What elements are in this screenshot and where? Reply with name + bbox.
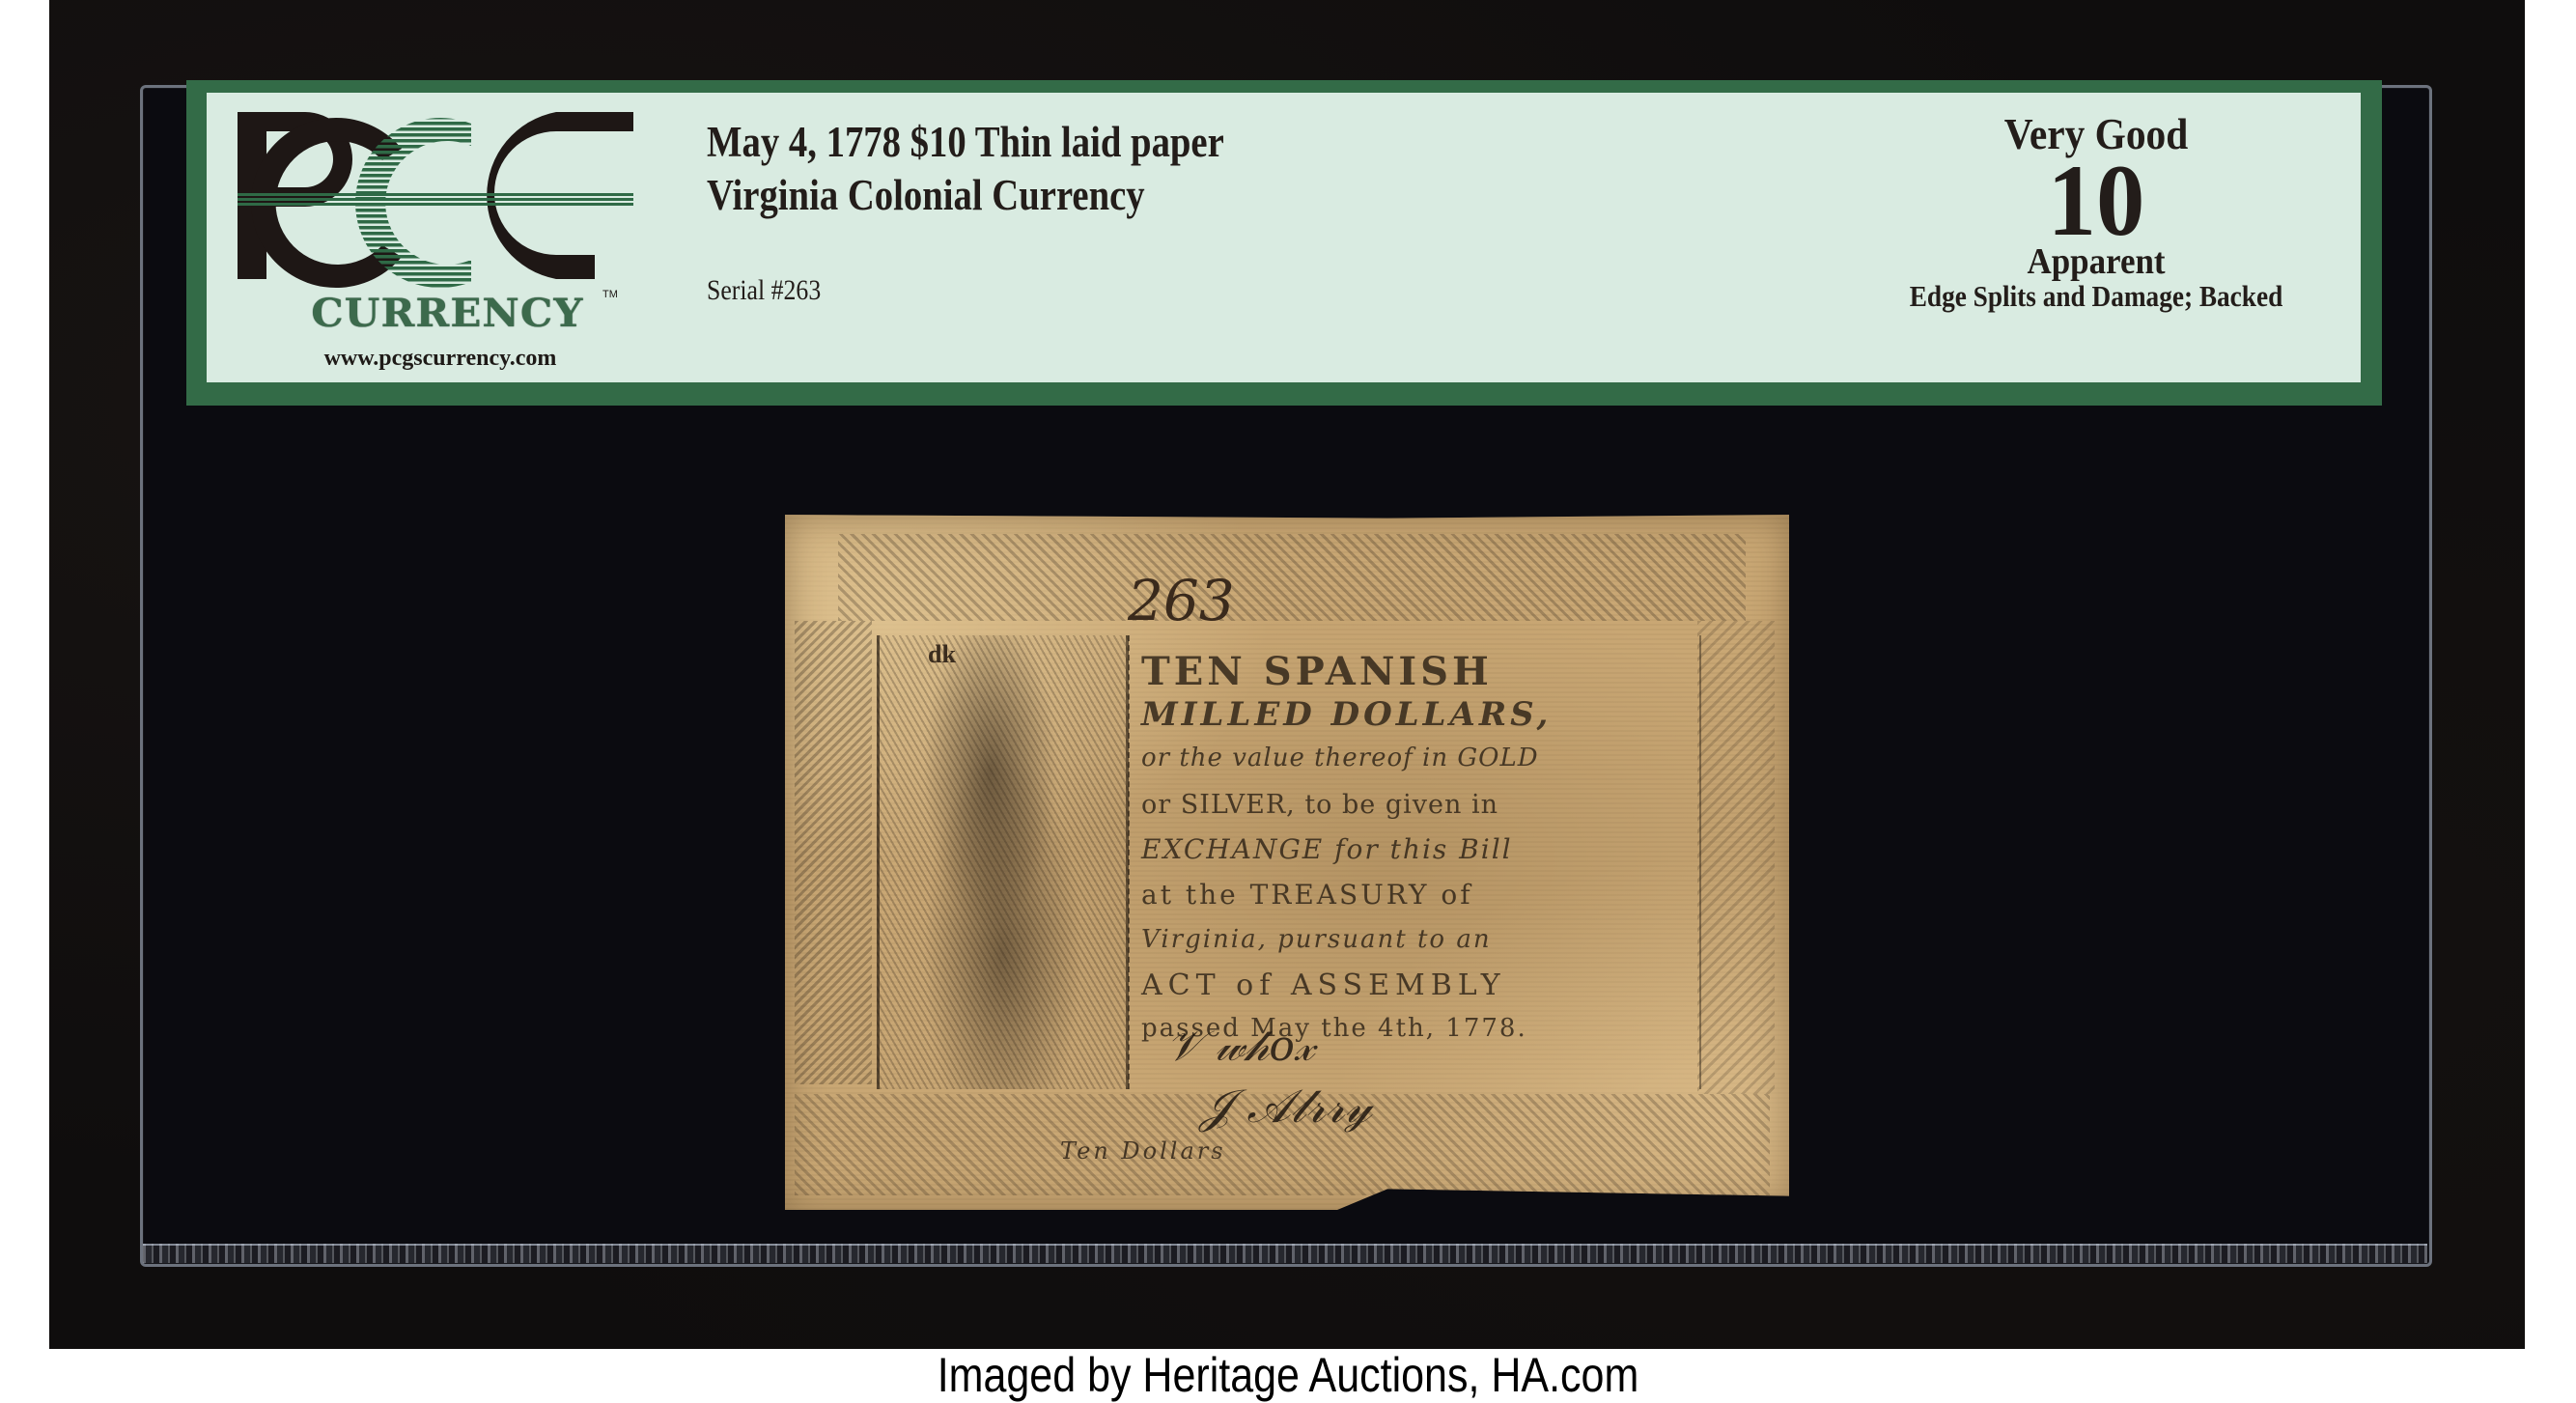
grade-number: 10 bbox=[1894, 158, 2298, 243]
plate-letter: dk bbox=[928, 640, 956, 669]
holder-bottom-edge bbox=[143, 1244, 2427, 1263]
serial-number: Serial #263 bbox=[707, 274, 821, 307]
note-subtitle: Virginia Colonial Currency bbox=[707, 170, 1145, 220]
note-text-line: Virginia, pursuant to an bbox=[1141, 925, 1701, 954]
grade-block: Very Good 10 Apparent Edge Splits and Da… bbox=[1884, 110, 2309, 313]
grading-label: TM CURRENCY www.pcgscurrency.com May 4, … bbox=[186, 80, 2382, 406]
note-text-line: at the TREASURY of bbox=[1141, 879, 1701, 911]
note-ornament-right bbox=[1697, 621, 1775, 1094]
note-text-line: or SILVER, to be given in bbox=[1141, 790, 1701, 820]
note-text-line: or the value thereof in GOLD bbox=[1141, 744, 1701, 772]
label-panel: TM CURRENCY www.pcgscurrency.com May 4, … bbox=[207, 93, 2361, 382]
note-title: May 4, 1778 $10 Thin laid paper bbox=[707, 117, 1224, 167]
banknote: dk 263 TEN SPANISH MILLED DOLLARS, or th… bbox=[785, 515, 1789, 1210]
currency-wordmark: CURRENCY bbox=[238, 291, 658, 336]
note-text-line: TEN SPANISH bbox=[1141, 649, 1701, 694]
note-text-line: EXCHANGE for this Bill bbox=[1141, 833, 1701, 865]
pcgs-logo-icon: TM bbox=[238, 110, 643, 303]
note-vignette bbox=[877, 635, 1129, 1089]
grade-comment: Edge Splits and Damage; Backed bbox=[1909, 280, 2282, 313]
website-url: www.pcgscurrency.com bbox=[238, 346, 643, 372]
note-ornament-top bbox=[838, 534, 1746, 621]
note-text-line: ACT of ASSEMBLY bbox=[1141, 968, 1701, 1002]
image-credit: Imaged by Heritage Auctions, HA.com bbox=[181, 1350, 2395, 1403]
signature-2: 𝒥 𝒜𝓁𝓇𝓇𝓎 bbox=[1200, 1080, 1372, 1135]
denomination-panel: Ten Dollars bbox=[1060, 1137, 1226, 1164]
grade-qualifier: Apparent bbox=[1901, 243, 2292, 280]
note-text-line: MILLED DOLLARS, bbox=[1141, 695, 1701, 734]
note-ornament-left bbox=[795, 621, 872, 1084]
signature-1: 𝒱 𝓌𝒽𝑜𝓍 bbox=[1166, 1022, 1315, 1071]
handwritten-serial: 263 bbox=[1128, 568, 1235, 633]
